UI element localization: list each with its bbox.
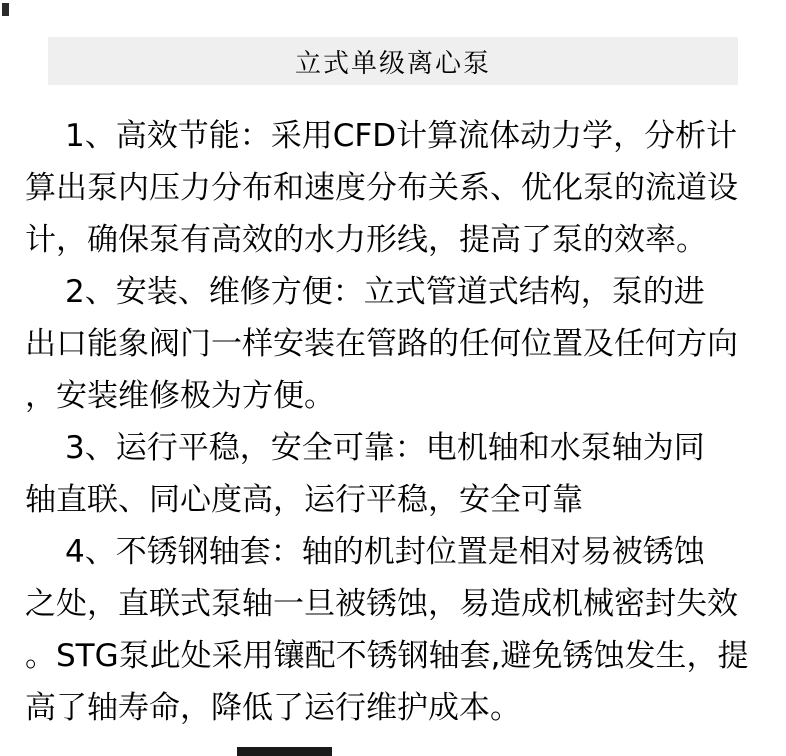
product-description-page: 立式单级离心泵 1、高效节能：采用CFD计算流体动力学，分析计 算出泵内压力分布… <box>0 0 786 756</box>
feature-paragraph-3: 3、运行平稳，安全可靠：电机轴和水泵轴为同 轴直联、同心度高，运行平稳，安全可靠 <box>25 422 772 526</box>
feature-paragraph-4: 4、不锈钢轴套：轴的机封位置是相对易被锈蚀 之处，直联式泵轴一旦被锈蚀，易造成机… <box>25 526 772 734</box>
feature-paragraph-1: 1、高效节能：采用CFD计算流体动力学，分析计 算出泵内压力分布和速度分布关系、… <box>25 110 772 266</box>
section-title-bar: 立式单级离心泵 <box>48 37 738 85</box>
page-title: 立式单级离心泵 <box>295 43 491 80</box>
feature-list: 1、高效节能：采用CFD计算流体动力学，分析计 算出泵内压力分布和速度分布关系、… <box>25 85 772 734</box>
feature-paragraph-2: 2、安装、维修方便：立式管道式结构，泵的进 出口能象阀门一样安装在管路的任何位置… <box>25 266 772 422</box>
cropped-previous-content-edge <box>2 3 9 16</box>
cropped-next-content-edge <box>237 747 332 756</box>
